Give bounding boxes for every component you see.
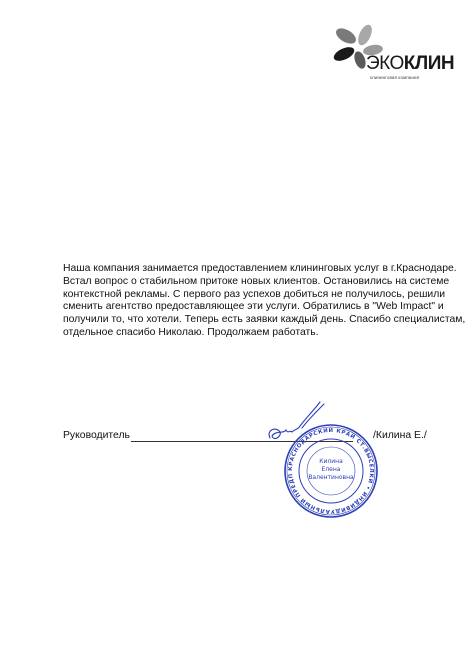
stamp-line-2: Елена: [322, 466, 341, 473]
letter-body: Наша компания занимается предоставлением…: [63, 263, 463, 340]
letter-line: контекстной рекламы. С первого раз успех…: [63, 289, 463, 302]
company-logo: ЭКОКЛИН клининговая компания: [330, 24, 460, 90]
letter-line: отдельное спасибо Николаю. Продолжаем ра…: [63, 327, 463, 340]
signatory-name: /Килина Е./: [373, 430, 427, 441]
signatory-title: Руководитель: [63, 430, 130, 441]
letter-line: получили то, что хотели. Теперь есть зая…: [63, 314, 463, 327]
letter-line: Наша компания занимается предоставлением…: [63, 263, 463, 276]
logo-word-light: ЭКО: [366, 53, 404, 74]
letter-line: Встал вопрос о стабильном притоке новых …: [63, 276, 463, 289]
handwritten-signature: [262, 400, 332, 450]
logo-word-bold: КЛИН: [404, 53, 454, 74]
letter-line: сменить агентство предоставляющее эти ус…: [63, 301, 463, 314]
logo-subtitle: клининговая компания: [370, 75, 419, 80]
stamp-line-3: Валентиновна: [308, 474, 354, 481]
logo-wordmark: ЭКОКЛИН: [366, 53, 454, 75]
stamp-line-1: Килина: [319, 458, 343, 465]
